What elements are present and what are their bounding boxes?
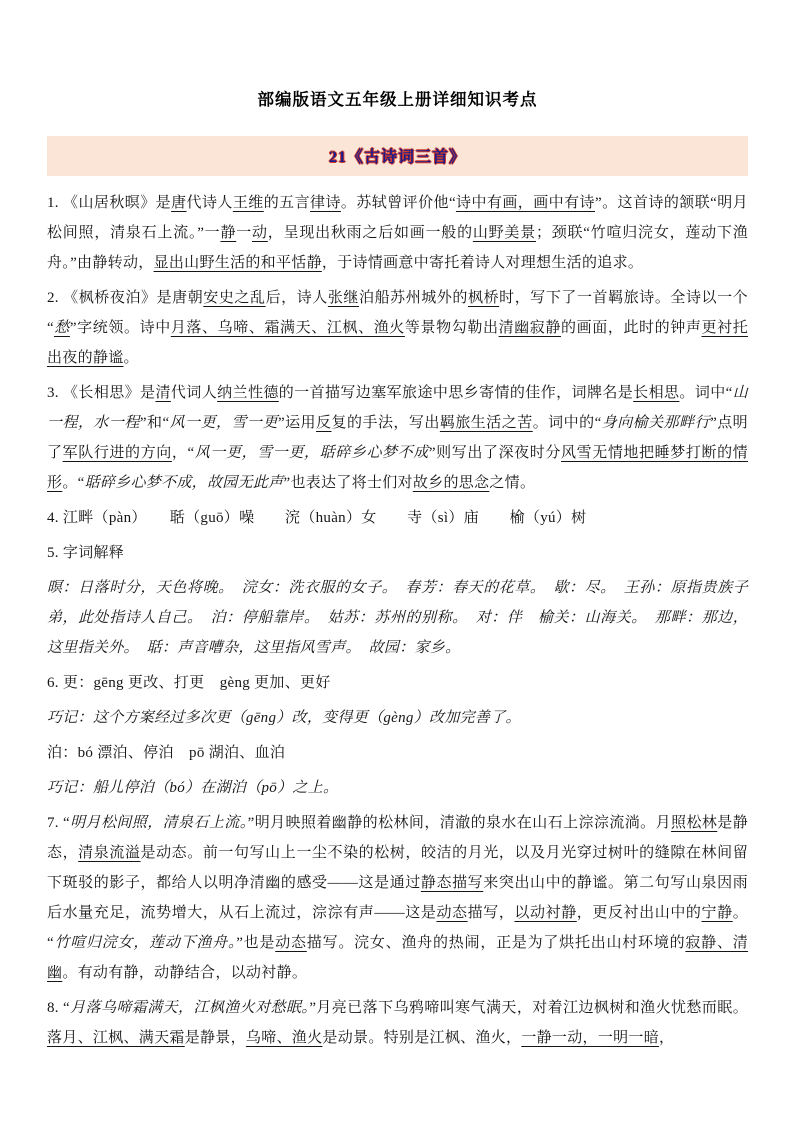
knowledge-point-3-changxiangsi: 3. 《长相思》是清代词人纳兰性德的一首描写边塞军旅途中思乡寄情的佳作，词牌名是…: [47, 378, 748, 498]
knowledge-point-2-fengqiao-yebo: 2. 《枫桥夜泊》是唐朝安史之乱后，诗人张继泊船苏州城外的枫桥时，写下了一首羁旅…: [47, 283, 748, 373]
document-page: 部编版语文五年级上册详细知识考点 21《古诗词三首》 1. 《山居秋暝》是唐代诗…: [0, 0, 793, 1122]
knowledge-point-6-geng-mnemonic: 巧记：这个方案经过多次更（gēng）改，变得更（gèng）改加完善了。: [47, 703, 748, 733]
knowledge-point-6-bo-mnemonic: 巧记：船儿停泊（bó）在湖泊（pō）之上。: [47, 773, 748, 803]
knowledge-point-1-shanju-qiuming: 1. 《山居秋暝》是唐代诗人王维的五言律诗。苏轼曾评价他“诗中有画，画中有诗”。…: [47, 188, 748, 278]
doc-title: 部编版语文五年级上册详细知识考点: [47, 86, 748, 110]
knowledge-point-5-word-notes: 暝：日落时分，天色将晚。 浣女：洗衣服的女子。 春芳：春天的花草。 歇：尽。 王…: [47, 573, 748, 663]
section-header-label: 21《古诗词三首》: [329, 149, 466, 166]
knowledge-point-7-verse-analysis: 7. “明月松间照，清泉石上流。”明月映照着幽静的松林间，清澈的泉水在山石上淙淙…: [47, 808, 748, 988]
knowledge-point-4-pinyin-list: 4. 江畔（pàn） 聒（guō）噪 浣（huàn）女 寺（sì）庙 榆（yú）…: [47, 503, 748, 533]
knowledge-point-6-geng-readings: 6. 更：gēng 更改、打更 gèng 更加、更好: [47, 668, 748, 698]
knowledge-point-6-bo-readings: 泊：bó 漂泊、停泊 pō 湖泊、血泊: [47, 738, 748, 768]
section-header-band: 21《古诗词三首》: [47, 136, 748, 176]
knowledge-point-5-heading: 5. 字词解释: [47, 538, 748, 568]
knowledge-point-8-verse-analysis: 8. “月落乌啼霜满天，江枫渔火对愁眠。”月亮已落下乌鸦啼叫寒气满天，对着江边枫…: [47, 993, 748, 1053]
